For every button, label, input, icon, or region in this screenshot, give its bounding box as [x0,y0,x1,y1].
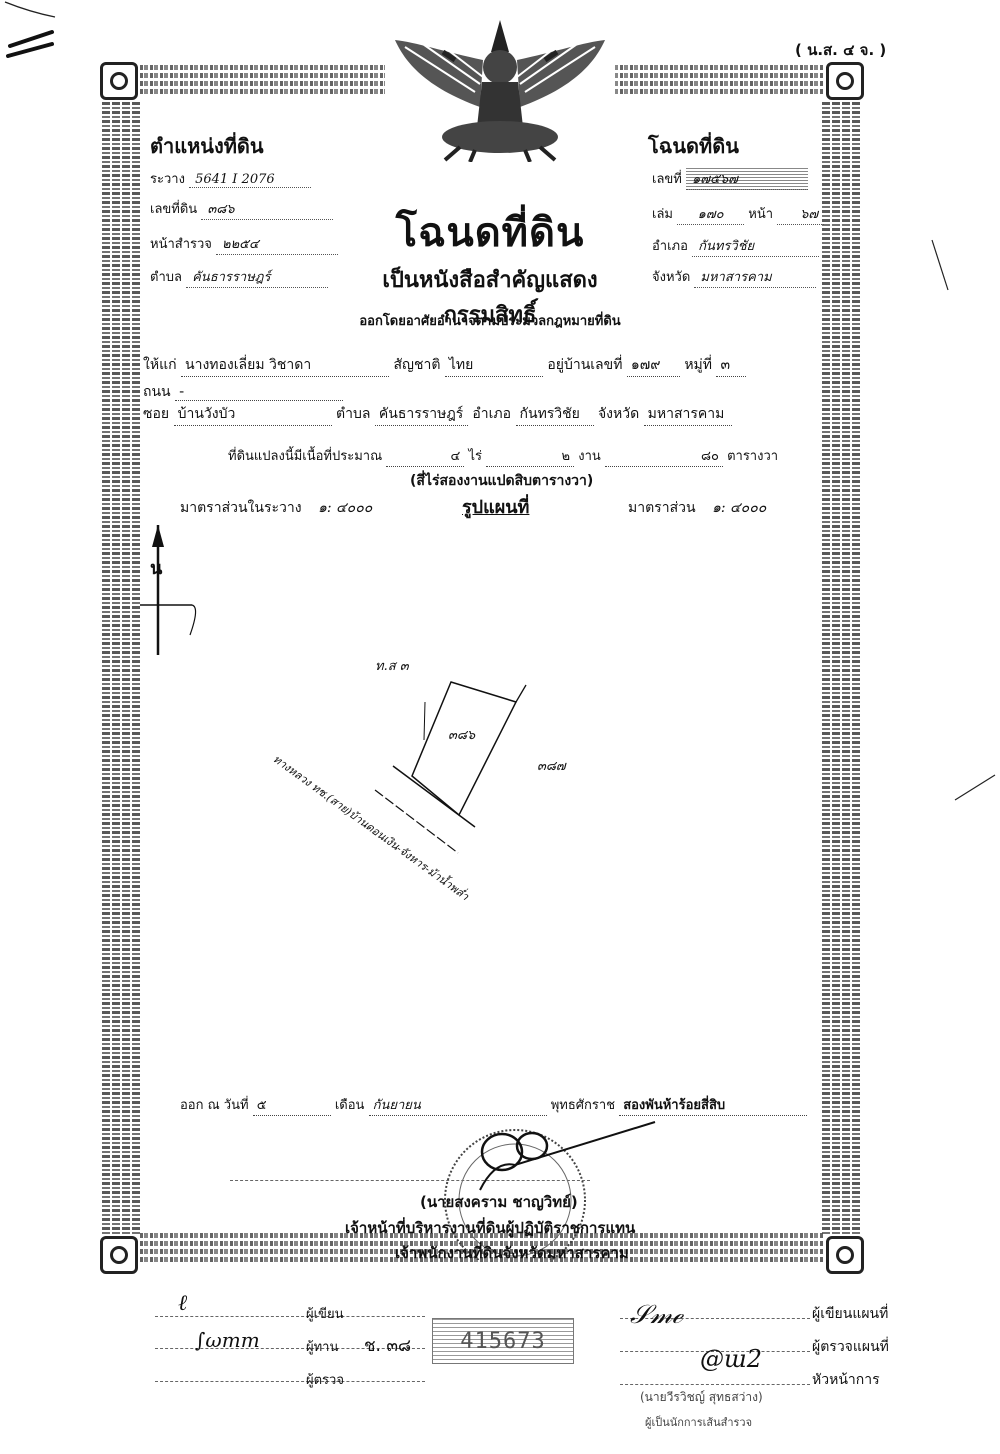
surveyor-name: (นายวีรวิชญ์ สุทธสว่าง) [640,1388,763,1407]
area-wa-value: ๘๐ [605,445,723,467]
neighbor-east-label: ๓๘๗ [537,755,566,776]
head-line [620,1384,810,1385]
margin-marks [920,230,1000,830]
scale: มาตราส่วน ๑: ๔๐๐๐ [628,497,766,519]
area-intro: ที่ดินแปลงนี้มีเนื้อที่ประมาณ [228,449,382,464]
issue-day: ๕ [253,1094,331,1116]
province-label: จังหวัด [598,406,639,422]
field-map-sheet: ระวาง 5641 I 2076 [150,168,311,189]
field-value: ๖๗ [777,203,824,225]
area-line: ที่ดินแปลงนี้มีเนื้อที่ประมาณ ๔ ไร่ ๒ งา… [228,445,778,467]
scale-value: ๑: ๔๐๐๐ [712,500,766,516]
address-line: ซอย บ้านวังบัว ตำบล คันธารราษฎร์ อำเภอ ก… [143,403,732,426]
map-scale: มาตราส่วนในระวาง ๑: ๔๐๐๐ [180,497,372,519]
owner-line: ให้แก่ นางทองเลี่ยม วิชาดา สัญชาติ ไทย อ… [143,354,746,377]
owner-label: ให้แก่ [143,357,177,373]
area-in-words: (สี่ไร่สองงานแปดสิบตารางวา) [410,470,593,492]
parcel-number-label: ๓๘๖ [448,724,475,745]
neighbor-north-label: ท.ส ๓ [375,655,409,676]
field-parcel-number: เลขที่ดิน ๓๘๖ [150,198,333,220]
field-value: ๑๗๐ [677,203,744,225]
map-writer-label: ผู้เขียนแผนที่ [812,1303,888,1325]
garuda-emblem-icon [385,12,615,162]
form-code-footer: ช. ๓๘ [364,1332,411,1359]
map-scale-value: ๑: ๔๐๐๐ [318,500,372,516]
field-label: เลขที่ [652,172,682,187]
month-label: เดือน [335,1098,365,1113]
area-rai-label: ไร่ [468,449,482,464]
road-label: ถนน [143,384,171,400]
area-ngan-label: งาน [578,449,601,464]
map-writer-signature: 𝒮𝓂ℯ [630,1300,682,1331]
field-district: อำเภอ กันทรวิชัย [652,235,819,257]
field-value: มหาสารคาม [694,266,816,288]
location-heading: ตำแหน่งที่ดิน [150,130,264,162]
scale-label: มาตราส่วน [628,500,696,516]
serial-number: 415673 [432,1318,574,1364]
field-label: เล่ม [652,207,673,222]
reader-signature: ∫ωmm [195,1328,260,1352]
road-value: - [175,384,343,401]
parcel-diagram [280,640,630,900]
province-value: มหาสารคาม [644,403,732,426]
field-value: ๑๗๕๖๗ [686,168,808,190]
tambon-label: ตำบล [336,406,370,422]
field-province: จังหวัด มหาสารคาม [652,266,816,288]
field-survey-page: หน้าสำรวจ ๒๒๕๔ [150,233,338,255]
left-border-pattern [100,102,144,1234]
corner-ornament-icon [826,62,864,100]
north-label: น [150,553,162,582]
field-label: อำเภอ [652,239,688,254]
field-value: กันทรวิชัย [692,235,819,257]
field-label: หน้า [748,207,773,222]
official-name: (นายสงคราม ชาญวิทย์) [420,1190,578,1214]
field-book-page: เล่ม ๑๗๐ หน้า ๖๗ [652,203,824,225]
field-label: หน้าสำรวจ [150,237,212,252]
corner-ornament-icon [826,1236,864,1274]
writer-label: ผู้เขียน [306,1303,343,1324]
head-label: หัวหน้าการ [812,1369,880,1391]
field-tambon: ตำบล คันธารราษฎร์ [150,266,328,288]
soi-label: ซอย [143,406,169,422]
road-line: ถนน - [143,381,343,403]
writer-line [155,1316,425,1317]
right-border-pattern [820,102,864,1234]
moo-value: ๓ [716,354,746,377]
deed-heading: โฉนดที่ดิน [648,130,739,162]
corner-ornament-icon [100,1236,138,1274]
owner-name: นางทองเลี่ยม วิชาดา [181,354,389,377]
field-value: ๒๒๕๔ [216,233,338,255]
moo-label: หมู่ที่ [684,357,712,373]
field-label: จังหวัด [652,270,690,285]
field-label: เลขที่ดิน [150,202,197,217]
writer-signature: ℓ [178,1290,187,1316]
field-label: ระวาง [150,172,185,187]
field-value: 5641 I 2076 [189,172,311,188]
official-title-1: เจ้าหน้าที่บริหารงานที่ดินผู้ปฏิบัติราชก… [345,1216,635,1240]
surveyor-title: ผู้เป็นนักการเส้นสำรวจ [645,1413,752,1431]
legal-note: ออกโดยอาศัยอำนาจตามประมวลกฎหมายที่ดิน [338,310,642,331]
tambon-value: คันธารราษฎร์ [375,403,468,426]
field-value: คันธารราษฎร์ [186,266,328,288]
field-deed-number: เลขที่ ๑๗๕๖๗ [652,168,808,190]
house-no-value: ๑๗๙ [627,354,680,377]
serial-number-text: 415673 [460,1329,545,1354]
corner-ornament-icon [100,62,138,100]
field-value: ๓๘๖ [201,198,333,220]
amphoe-label: อำเภอ [472,406,511,422]
document-title: โฉนดที่ดิน [390,200,590,264]
official-title-2: เจ้าพนักงานที่ดินจังหวัดมหาสารคาม [395,1241,629,1265]
diagram-heading: รูปแผนที่ [462,492,529,521]
reader-label: ผู้ทาน [306,1336,338,1357]
issue-label: ออก ณ วันที่ [180,1098,249,1113]
area-wa-label: ตารางวา [727,449,778,464]
area-ngan-value: ๒ [486,445,574,467]
area-rai-value: ๔ [386,445,464,467]
checker-label: ผู้ตรวจ [306,1369,344,1390]
nationality-value: ไทย [445,354,543,377]
amphoe-value: กันทรวิชัย [516,403,594,426]
north-arrow-icon [140,525,200,655]
soi-value: บ้านวังบัว [174,403,332,426]
signature-line [230,1180,590,1181]
head-signature: @ɯ2 [700,1345,762,1373]
map-checker-label: ผู้ตรวจแผนที่ [812,1336,889,1358]
house-no-label: อยู่บ้านเลขที่ [547,357,622,373]
checker-line [155,1381,425,1382]
nationality-label: สัญชาติ [393,357,440,373]
map-scale-label: มาตราส่วนในระวาง [180,500,302,516]
field-label: ตำบล [150,270,182,285]
form-code: ( น.ส. ๔ จ. ) [795,38,886,62]
